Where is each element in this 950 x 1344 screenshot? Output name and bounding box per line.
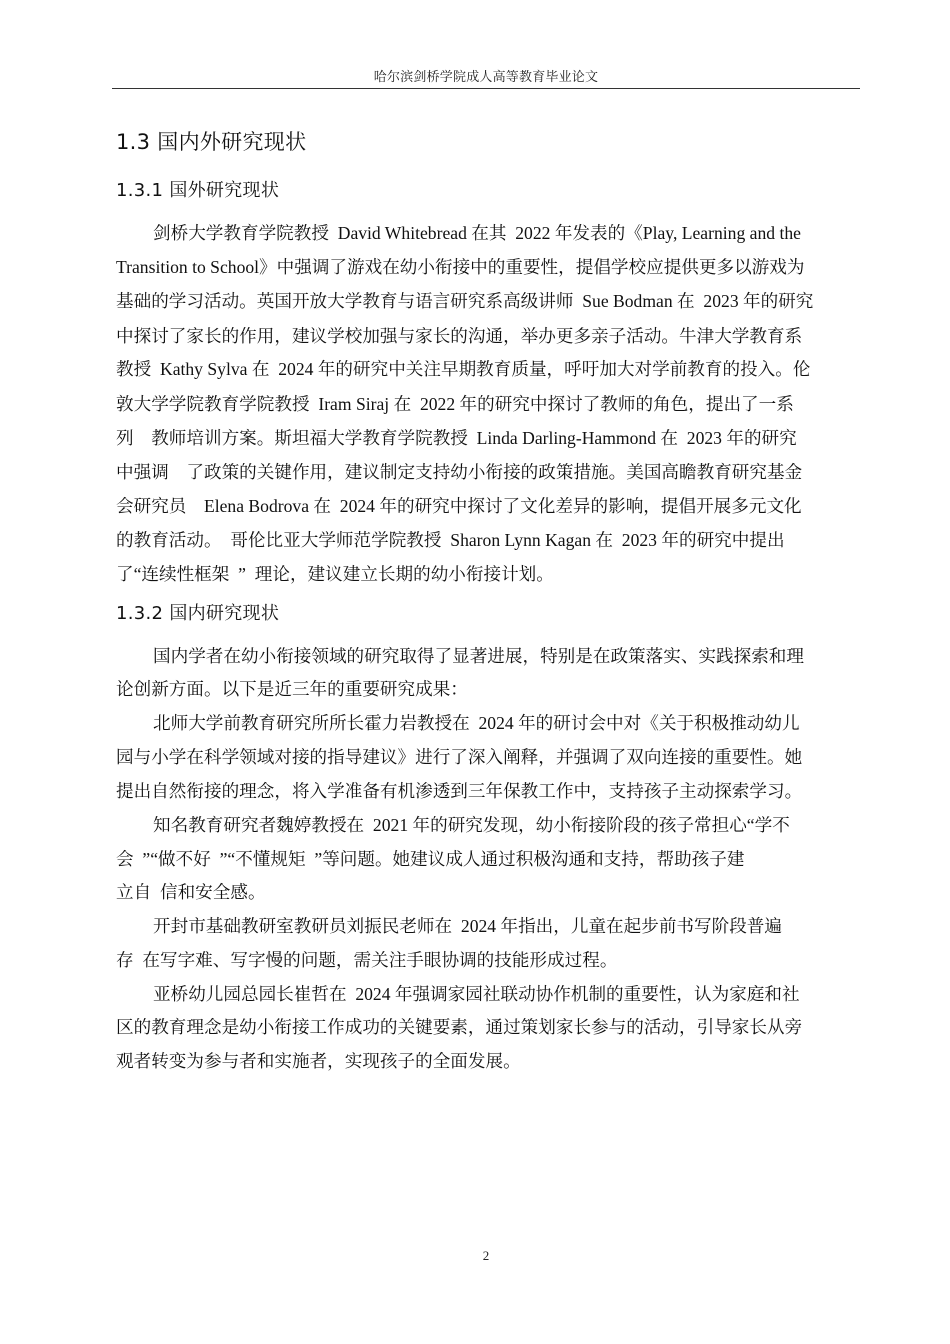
text-line: Transition to School》中强调了游戏在幼小衔接中的重要性，提倡… bbox=[116, 257, 804, 277]
text-line: 敦大学学院教育学院教授 Iram Siraj 在 2022 年的研究中探讨了教师… bbox=[116, 394, 794, 414]
text-line: 园与小学在科学领域对接的指导建议》进行了深入阐释，并强调了双向连接的重要性。她 bbox=[116, 747, 802, 767]
text-line: 教授 Kathy Sylva 在 2024 年的研究中关注早期教育质量，呼吁加大… bbox=[116, 359, 810, 379]
text-line: 存 在写字难、写字慢的问题，需关注手眼协调的技能形成过程。 bbox=[116, 950, 617, 970]
text-line: 知名教育研究者魏婷教授在 2021 年的研究发现，幼小衔接阶段的孩子常担心“学不 bbox=[153, 815, 790, 835]
subsection-title-foreign: 1.3.1 国外研究现状 bbox=[116, 176, 279, 202]
text-line: 区的教育理念是幼小衔接工作成功的关键要素，通过策划家长参与的活动，引导家长从旁 bbox=[116, 1017, 802, 1037]
text-line: 会研究员 Elena Bodrova 在 2024 年的研究中探讨了文化差异的影… bbox=[116, 496, 802, 516]
subsection-title-domestic: 1.3.2 国内研究现状 bbox=[116, 599, 279, 625]
header-title: 哈尔滨剑桥学院成人高等教育毕业论文 bbox=[0, 66, 950, 85]
text-line: 会 ”“做不好 ”“不懂规矩 ”等问题。她建议成人通过积极沟通和支持，帮助孩子建 bbox=[116, 849, 744, 869]
text-line: 开封市基础教研室教研员刘振民老师在 2024 年指出，儿童在起步前书写阶段普遍 bbox=[153, 916, 782, 936]
text-line: 剑桥大学教育学院教授 David Whitebread 在其 2022 年发表的… bbox=[153, 223, 801, 243]
text-line: 列 教师培训方案。斯坦福大学教育学院教授 Linda Darling-Hammo… bbox=[116, 428, 797, 448]
text-line: 了“连续性框架 ” 理论，建议建立长期的幼小衔接计划。 bbox=[116, 564, 554, 584]
page-number: 2 bbox=[0, 1248, 950, 1264]
header-divider bbox=[112, 88, 860, 89]
text-line: 基础的学习活动。英国开放大学教育与语言研究系高级讲师 Sue Bodman 在 … bbox=[116, 291, 813, 311]
text-line: 北师大学前教育研究所所长霍力岩教授在 2024 年的研讨会中对《关于积极推动幼儿 bbox=[153, 713, 800, 733]
text-line: 国内学者在幼小衔接领域的研究取得了显著进展，特别是在政策落实、实践探索和理 bbox=[153, 646, 804, 666]
text-line: 中强调 了政策的关键作用，建议制定支持幼小衔接的政策措施。美国高瞻教育研究基金 bbox=[116, 462, 802, 482]
text-line: 中探讨了家长的作用，建议学校加强与家长的沟通，举办更多亲子活动。牛津大学教育系 bbox=[116, 326, 802, 346]
text-line: 的教育活动。 哥伦比亚大学师范学院教授 Sharon Lynn Kagan 在 … bbox=[116, 530, 785, 550]
text-line: 亚桥幼儿园总园长崔哲在 2024 年强调家园社联动协作机制的重要性，认为家庭和社 bbox=[153, 984, 800, 1004]
section-title: 1.3 国内外研究现状 bbox=[116, 126, 306, 156]
text-line: 立自 信和安全感。 bbox=[116, 882, 266, 902]
text-line: 提出自然衔接的理念，将入学准备有机渗透到三年保教工作中，支持孩子主动探索学习。 bbox=[116, 781, 802, 801]
text-line: 观者转变为参与者和实施者，实现孩子的全面发展。 bbox=[116, 1051, 521, 1071]
text-line: 论创新方面。以下是近三年的重要研究成果： bbox=[116, 679, 468, 699]
